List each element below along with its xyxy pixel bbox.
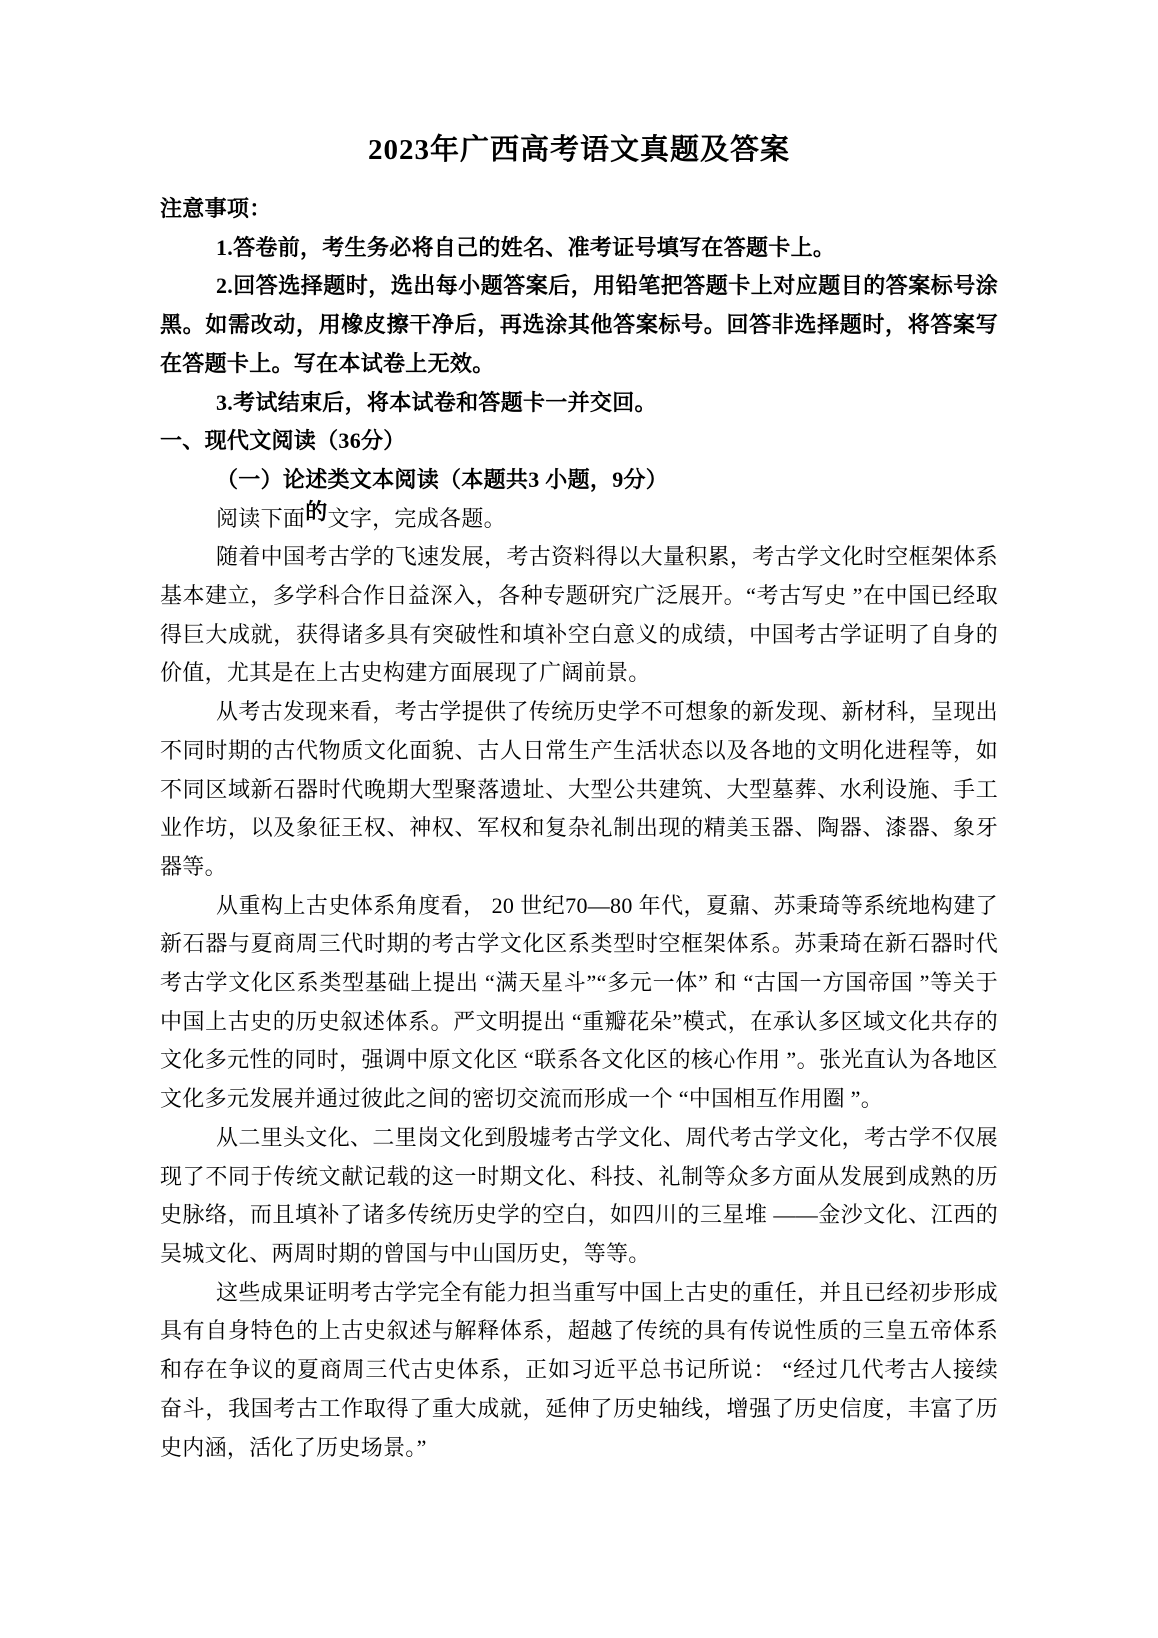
passage-paragraph-4: 从二里头文化、二里岗文化到殷墟考古学文化、周代考古学文化，考古学不仅展现了不同于… [160, 1119, 998, 1274]
document-page: 2023年广西高考语文真题及答案 注意事项： 1.答卷前，考生务必将自己的姓名、… [0, 0, 1158, 1638]
notice-item-3: 3.考试结束后，将本试卷和答题卡一并交回。 [160, 384, 998, 423]
reading-instruction: 阅读下面的文字，完成各题。 [160, 500, 998, 539]
reading-instruction-before: 阅读下面 [216, 506, 305, 531]
reading-instruction-after: 文字，完成各题。 [328, 506, 506, 531]
page-title: 2023年广西高考语文真题及答案 [160, 126, 998, 174]
raised-de-character: 的 [305, 499, 327, 524]
section-heading: 一、现代文阅读（36分） [160, 422, 998, 461]
subsection-heading: （一）论述类文本阅读（本题共3 小题，9分） [160, 461, 998, 500]
passage-paragraph-1: 随着中国考古学的飞速发展，考古资料得以大量积累，考古学文化时空框架体系基本建立，… [160, 538, 998, 693]
passage-paragraph-5: 这些成果证明考古学完全有能力担当重写中国上古史的重任，并且已经初步形成具有自身特… [160, 1274, 998, 1468]
notice-item-1: 1.答卷前，考生务必将自己的姓名、准考证号填写在答题卡上。 [160, 229, 998, 268]
notice-heading: 注意事项： [160, 190, 998, 229]
notice-item-2: 2.回答选择题时，选出每小题答案后，用铅笔把答题卡上对应题目的答案标号涂黑。如需… [160, 267, 998, 383]
passage-paragraph-2: 从考古发现来看，考古学提供了传统历史学不可想象的新发现、新材科，呈现出不同时期的… [160, 693, 998, 887]
passage-paragraph-3: 从重构上古史体系角度看， 20 世纪70—80 年代，夏鼐、苏秉琦等系统地构建了… [160, 887, 998, 1119]
